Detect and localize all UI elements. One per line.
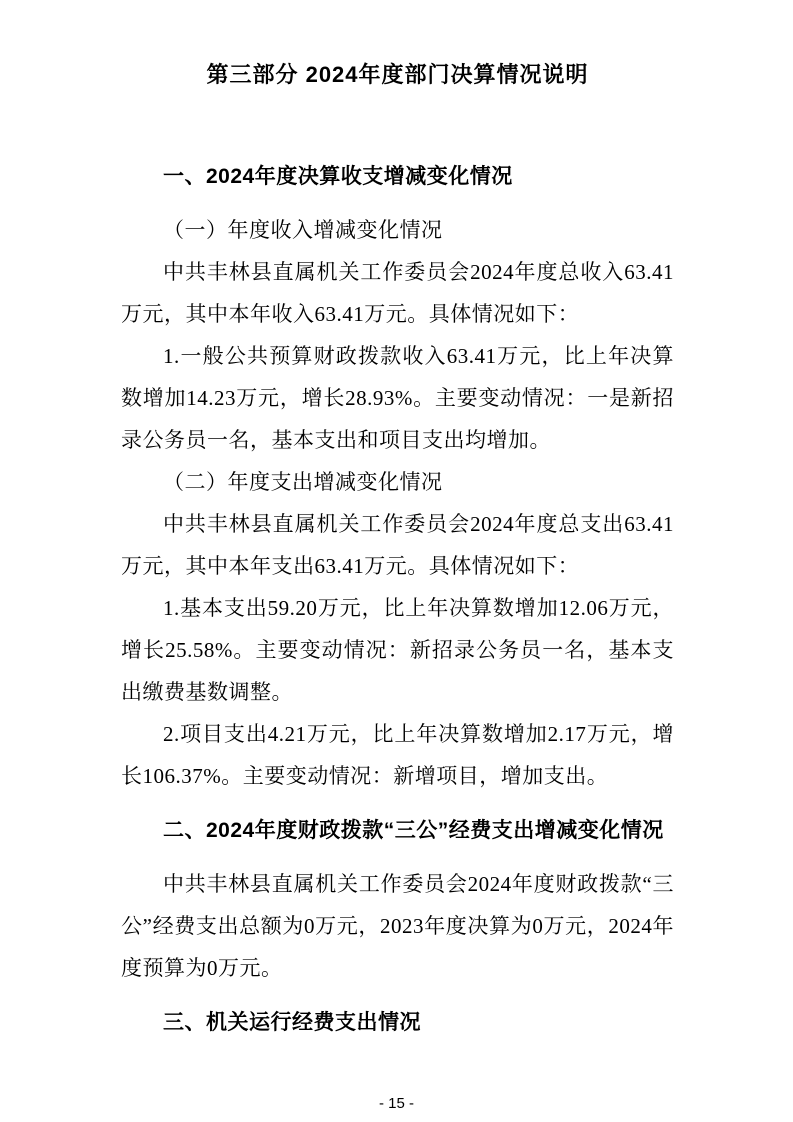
paragraph-expenditure-basic: 1.基本支出59.20万元，比上年决算数增加12.06万元，增长25.58%。主… [121,587,674,713]
document-title: 第三部分 2024年度部门决算情况说明 [121,52,674,98]
section-heading-3: 三、机关运行经费支出情况 [121,1002,674,1044]
paragraph-income-total: 中共丰林县直属机关工作委员会2024年度总收入63.41万元，其中本年收入63.… [121,251,674,335]
subsection-heading-1-2: （二）年度支出增减变化情况 [121,461,674,503]
section-heading-2: 二、2024年度财政拨款“三公”经费支出增减变化情况 [121,810,674,852]
paragraph-expenditure-project: 2.项目支出4.21万元，比上年决算数增加2.17万元，增长106.37%。主要… [121,713,674,797]
page-number: - 15 - [0,1095,793,1112]
document-page: 第三部分 2024年度部门决算情况说明 一、2024年度决算收支增减变化情况 （… [0,0,793,1122]
paragraph-expenditure-total: 中共丰林县直属机关工作委员会2024年度总支出63.41万元，其中本年支出63.… [121,503,674,587]
subsection-heading-1-1: （一）年度收入增减变化情况 [121,209,674,251]
paragraph-three-public-funds: 中共丰林县直属机关工作委员会2024年度财政拨款“三公”经费支出总额为0万元，2… [121,863,674,989]
paragraph-income-detail-1: 1.一般公共预算财政拨款收入63.41万元，比上年决算数增加14.23万元，增长… [121,335,674,461]
section-heading-1: 一、2024年度决算收支增减变化情况 [121,156,674,198]
